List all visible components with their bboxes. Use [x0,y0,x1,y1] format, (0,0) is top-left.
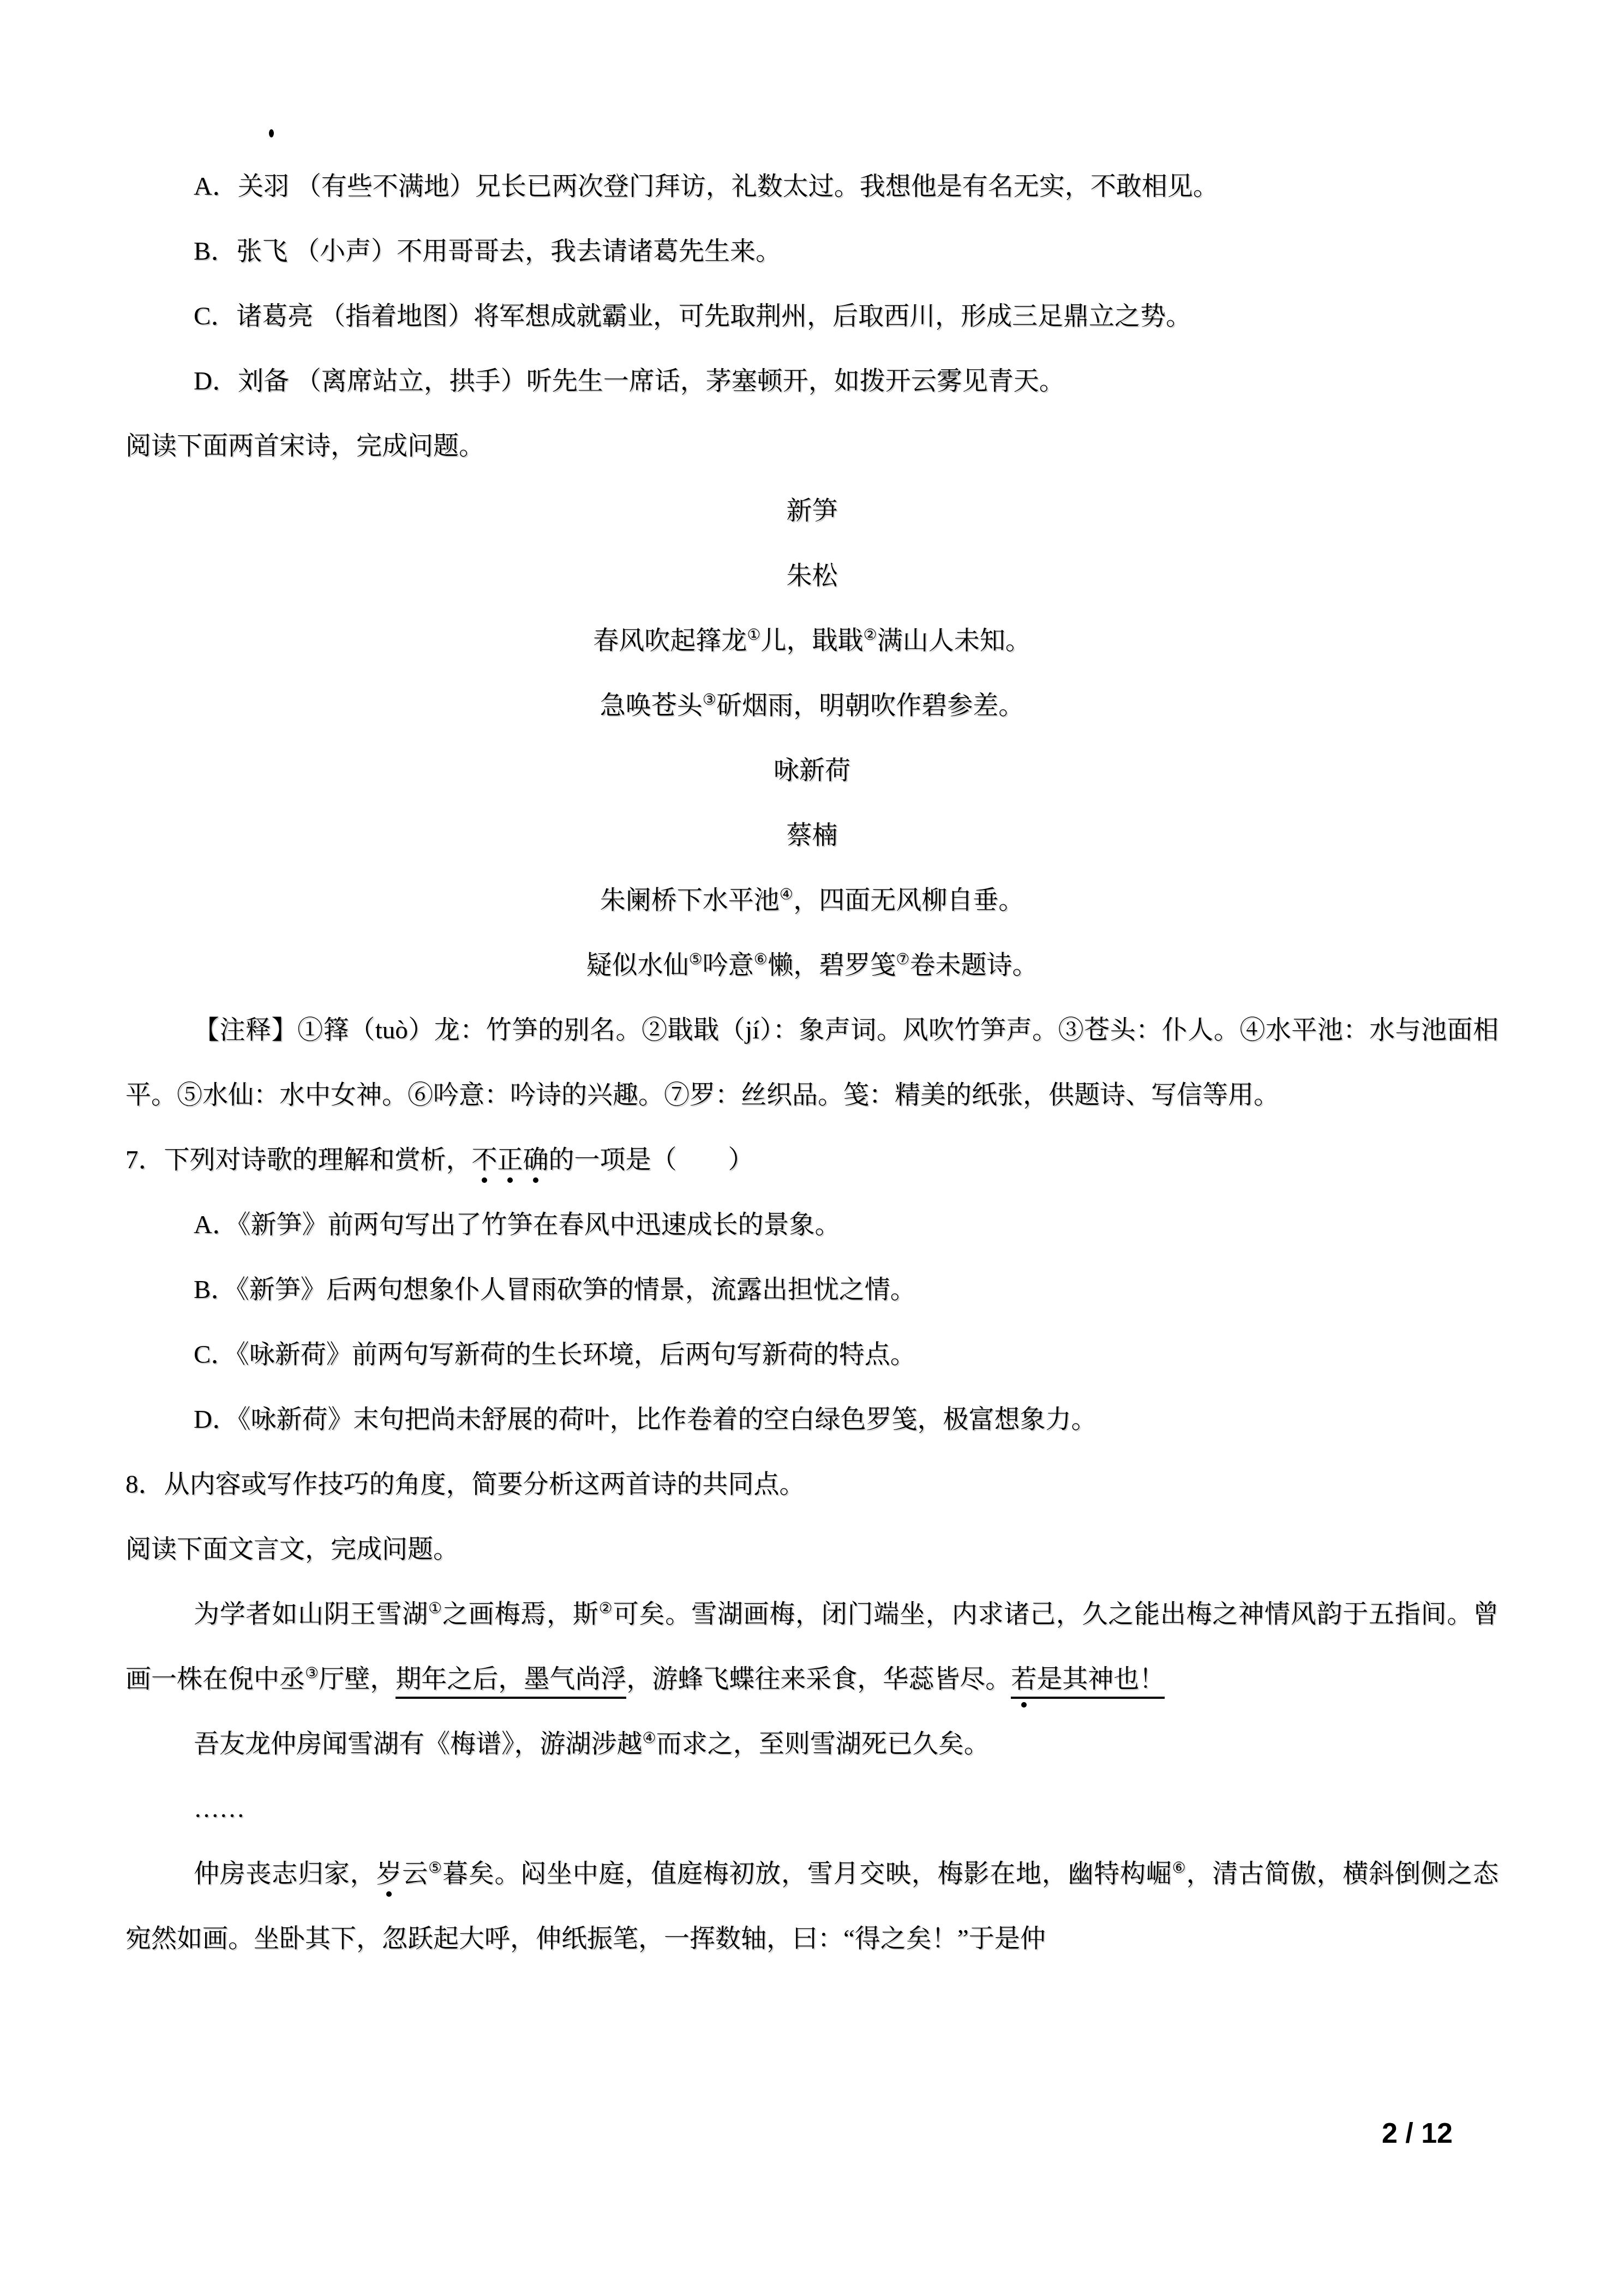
q7-option-b: B．《新笋》后两句想象仆人冒雨砍笋的情景，流露出担忧之情。 [125,1258,1499,1323]
classical-paragraph-1: 为学者如山阴王雪湖①之画梅焉，斯②可矣。雪湖画梅，闭门端坐，内求诸己，久之能出梅… [125,1582,1499,1712]
text-segment: 朱阑桥下水平池 [600,886,780,915]
question-7: 7．下列对诗歌的理解和赏析，不正确的一项是（ ） [125,1128,1499,1193]
poem1-author: 朱松 [125,544,1499,609]
poem2-verse-2: 疑似水仙⑤吟意⑥懒，碧罗笺⑦卷未题诗。 [125,933,1499,998]
poetry-section-intro: 阅读下面两首宋诗，完成问题。 [125,414,1499,479]
note-number-superscript: ⑤ [689,951,703,968]
note-number-superscript: ② [864,627,877,644]
text-segment: 云 [402,1860,428,1888]
text-segment: 满山人未知。 [877,627,1031,655]
poem2-verse-1: 朱阑桥下水平池④，四面无风柳自垂。 [125,868,1499,933]
q7-option-d: D．《咏新荷》末句把尚未舒展的荷叶，比作卷着的空白绿色罗笺，极富想象力。 [125,1387,1499,1452]
text-segment: ，四面无风柳自垂。 [793,886,1024,915]
text-segment: 儿，戢戢 [761,627,864,655]
q6-option-c: C．诸葛亮 （指着地图）将军想成就霸业，可先取荆州，后取西川，形成三足鼎立之势。 [125,284,1499,349]
text-segment: 而求之，至则雪湖死已久矣。 [656,1730,990,1758]
poem-notes: 【注释】①箨（tuò）龙：竹笋的别名。②戢戢（jí）：象声词。风吹竹笋声。③苍头… [125,998,1499,1128]
note-number-superscript: ⑦ [896,951,909,968]
text-segment: 确 [523,1146,549,1174]
text-segment: …… [194,1795,245,1823]
text-segment: 懒，碧罗笺 [768,951,896,979]
note-number-superscript: ③ [703,692,716,708]
note-number-superscript: ① [747,627,760,644]
stray-emphasis-dot [269,129,274,137]
note-number-superscript: ② [599,1600,613,1617]
text-segment: 疑似水仙 [586,951,689,979]
exam-page: A．关羽 （有些不满地）兄长已两次登门拜访，礼数太过。我想他是有名无实，不敢相见… [0,0,1624,2296]
text-segment: 期年之后，墨气尚浮 [395,1665,626,1699]
text-segment: 仲房丧志归家， [194,1860,376,1888]
classical-paragraph-3: 仲房丧志归家，岁云⑤暮矣。闷坐中庭，值庭梅初放，雪月交映，梅影在地，幽特构崛⑥，… [125,1842,1499,1972]
text-segment: 春风吹起箨龙 [593,627,747,655]
classical-section-intro: 阅读下面文言文，完成问题。 [125,1517,1499,1582]
q7-option-c: C．《咏新荷》前两句写新荷的生长环境，后两句写新荷的特点。 [125,1323,1499,1387]
text-segment: 的一项是（ ） [549,1146,754,1174]
note-number-superscript: ⑤ [428,1860,442,1877]
text-segment: 为学者如山阴王雪湖 [194,1600,428,1628]
poem1-verse-1: 春风吹起箨龙①儿，戢戢②满山人未知。 [125,609,1499,674]
text-segment: 岁 [376,1860,402,1888]
text-segment: 急唤苍头 [600,692,703,720]
poem1-verse-2: 急唤苍头③斫烟雨，明朝吹作碧参差。 [125,674,1499,738]
poem2-title: 咏新荷 [125,738,1499,803]
poem1-title: 新笋 [125,479,1499,544]
classical-ellipsis: …… [125,1777,1499,1842]
q6-option-d: D．刘备 （离席站立，拱手）听先生一席话，茅塞顿开，如拨开云雾见青天。 [125,349,1499,414]
note-number-superscript: ⑥ [1172,1860,1186,1877]
classical-paragraph-2: 吾友龙仲房闻雪湖有《梅谱》，游湖涉越④而求之，至则雪湖死已久矣。 [125,1712,1499,1777]
text-segment: 斫烟雨，明朝吹作碧参差。 [716,692,1024,720]
note-number-superscript: ④ [780,886,793,903]
q6-option-b: B．张飞 （小声）不用哥哥去，我去请诸葛先生来。 [125,219,1499,284]
note-number-superscript: ③ [305,1665,319,1682]
text-segment: 之画梅焉，斯 [442,1600,599,1628]
note-number-superscript: ④ [643,1730,656,1747]
text-segment: ，游蜂飞蝶往来采食，华蕊皆尽。 [626,1665,1011,1693]
text-segment: 吾友龙仲房闻雪湖有《梅谱》，游湖涉越 [194,1730,643,1758]
note-number-superscript: ⑥ [754,951,768,968]
text-segment: 厅壁， [319,1665,395,1693]
text-segment: 暮矣。闷坐中庭，值庭梅初放，雪月交映，梅影在地，幽特构崛 [442,1860,1172,1888]
text-segment: 正 [498,1146,523,1174]
text-segment: 不 [472,1146,498,1174]
page-content: A．关羽 （有些不满地）兄长已两次登门拜访，礼数太过。我想他是有名无实，不敢相见… [125,154,1499,1972]
text-segment: 卷未题诗。 [909,951,1038,979]
text-segment: 7．下列对诗歌的理解和赏析， [125,1146,472,1174]
text-segment: 若 [1011,1665,1036,1699]
text-segment: 吟意 [703,951,754,979]
q6-option-a: A．关羽 （有些不满地）兄长已两次登门拜访，礼数太过。我想他是有名无实，不敢相见… [125,154,1499,219]
page-number: 2 / 12 [1382,2117,1453,2150]
q7-option-a: A．《新笋》前两句写出了竹笋在春风中迅速成长的景象。 [125,1193,1499,1258]
note-number-superscript: ① [428,1600,442,1617]
poem2-author: 蔡楠 [125,803,1499,868]
text-segment: 是其神也！ [1036,1665,1165,1699]
question-8: 8．从内容或写作技巧的角度，简要分析这两首诗的共同点。 [125,1452,1499,1517]
